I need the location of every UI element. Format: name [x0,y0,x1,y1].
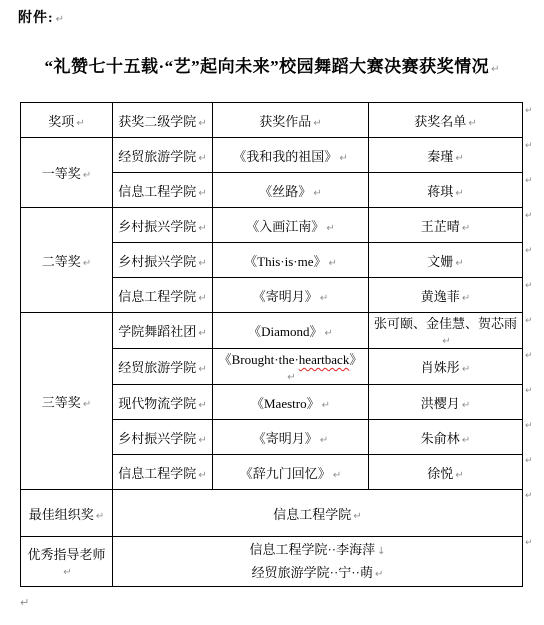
college-text: 信息工程学院 [118,289,196,304]
paragraph-mark: ↵ [455,470,463,481]
college-text: 信息工程学院 [118,184,196,199]
paragraph-mark: ↵ [83,170,91,181]
work-text: 《入画江南》 [246,219,324,234]
page-title: “礼赞七十五载·“艺”起向未来”校园舞蹈大赛决赛获奖情况↵ [0,52,544,77]
header-award: 奖项↵ [21,103,113,138]
work-text: 《Diamond》 [248,324,322,339]
award-label: 优秀指导老师 [27,547,105,562]
row-end-mark: ↵ [525,177,533,186]
work-text: 《寄明月》 [253,431,318,446]
paragraph-mark: ↵ [455,258,463,269]
work-cell: 《Maestro》↵ [213,385,369,420]
college-text: 乡村振兴学院 [118,254,196,269]
winner-cell: 洪樱月↵ [369,385,523,420]
paragraph-mark: ↵ [462,435,470,446]
paragraph-mark: ↵ [76,118,84,129]
teacher-line-text: 经贸旅游学院··宁··萌 [252,565,373,580]
college-cell: 信息工程学院↵ [113,278,213,313]
attachment-label: 附件:↵ [18,7,64,27]
row-end-mark: ↵ [525,457,533,466]
paragraph-mark: ↵ [462,400,470,411]
winner-text: 洪樱月 [421,396,460,411]
award-label: 一等奖 [42,166,81,181]
header-college: 获奖二级学院↵ [113,103,213,138]
row-end-mark: ↵ [525,142,533,151]
paragraph-mark: ↵ [339,153,347,164]
winner-cell: 文姗↵ [369,243,523,278]
award-label: 最佳组织奖 [29,507,94,522]
paragraph-mark: ↵ [83,258,91,269]
college-text: 信息工程学院 [118,466,196,481]
paragraph-mark: ↵ [56,14,64,25]
paragraph-mark: ↵ [287,372,295,383]
work-cell: 《寄明月》↵ [213,420,369,455]
header-work-text: 获奖作品 [259,114,311,129]
best-organization-text: 信息工程学院 [273,507,351,522]
best-teacher-row: 优秀指导老师↵ 信息工程学院··李海萍↓ 经贸旅游学院··宁··萌↵ [21,537,523,587]
winner-text: 张可颐、金佳慧、贺芯雨 [374,316,517,331]
paragraph-mark: ↵ [198,400,206,411]
paragraph-mark: ↵ [333,470,341,481]
college-text: 学院舞蹈社团 [118,324,196,339]
paragraph-mark: ↵ [313,118,321,129]
award-cell-second-prize: 二等奖↵ [21,208,113,313]
work-cell: 《我和我的祖国》↵ [213,138,369,173]
winner-cell: 黄逸菲↵ [369,278,523,313]
winner-text: 肖姝彤 [421,360,460,375]
row-end-mark: ↵ [525,107,533,116]
award-cell-first-prize: 一等奖↵ [21,138,113,208]
paragraph-mark: ↵ [491,64,499,75]
winner-cell: 肖姝彤↵ [369,349,523,385]
college-text: 乡村振兴学院 [118,219,196,234]
winner-cell: 徐悦↵ [369,455,523,490]
paragraph-mark: ↵ [455,153,463,164]
teacher-line: 经贸旅游学院··宁··萌↵ [115,562,520,585]
paragraph-mark: ↵ [198,223,206,234]
header-winners-text: 获奖名单 [414,114,466,129]
paragraph-mark: ↵ [198,118,206,129]
work-text: 《This·is·me》 [244,254,326,269]
row-end-mark: ↵ [525,317,533,326]
college-text: 现代物流学院 [118,396,196,411]
paragraph-mark: ↵ [322,400,330,411]
work-text: 《我和我的祖国》 [233,149,337,164]
row-end-mark: ↵ [525,422,533,431]
winner-text: 秦瑾 [427,149,453,164]
best-teacher-value-cell: 信息工程学院··李海萍↓ 经贸旅游学院··宁··萌↵ [113,537,523,587]
work-text-prefix: 《Brought·the· [219,352,299,367]
winner-text: 黄逸菲 [421,289,460,304]
paragraph-mark: ↵ [198,470,206,481]
paragraph-mark: ↵ [198,153,206,164]
work-cell: 《Brought·the·heartback》↵ [213,349,369,385]
college-cell: 现代物流学院↵ [113,385,213,420]
teacher-line: 信息工程学院··李海萍↓ [115,539,520,562]
paragraph-mark: ↵ [442,336,450,347]
row-end-mark: ↵ [525,212,533,221]
header-award-text: 奖项 [48,114,74,129]
college-cell: 乡村振兴学院↵ [113,208,213,243]
winner-cell: 朱俞林↵ [369,420,523,455]
header-work: 获奖作品↵ [213,103,369,138]
winner-text: 文姗 [427,254,453,269]
paragraph-mark: ↵ [20,596,29,609]
teacher-line-text: 信息工程学院··李海萍 [249,542,375,557]
work-cell: 《丝路》↵ [213,173,369,208]
winner-cell: 王芷晴↵ [369,208,523,243]
award-cell-best-organization: 最佳组织奖↵ [21,490,113,537]
paragraph-mark: ↵ [326,223,334,234]
paragraph-mark: ↵ [96,511,104,522]
winner-text: 蒋琪 [427,184,453,199]
work-cell: 《入画江南》↵ [213,208,369,243]
college-cell: 信息工程学院↵ [113,173,213,208]
best-organization-row: 最佳组织奖↵ 信息工程学院↵ [21,490,523,537]
paragraph-mark: ↵ [462,223,470,234]
paragraph-mark: ↵ [198,364,206,375]
work-cell: 《辞九门回忆》↵ [213,455,369,490]
table-row: 三等奖↵ 学院舞蹈社团↵ 《Diamond》↵ 张可颐、金佳慧、贺芯雨↵ [21,313,523,349]
award-label: 二等奖 [42,254,81,269]
page-title-text: “礼赞七十五载·“艺”起向未来”校园舞蹈大赛决赛获奖情况 [44,57,489,76]
header-winners: 获奖名单↵ [369,103,523,138]
work-text: 《寄明月》 [253,289,318,304]
header-college-text: 获奖二级学院 [118,114,196,129]
table-row: 二等奖↵ 乡村振兴学院↵ 《入画江南》↵ 王芷晴↵ [21,208,523,243]
row-end-mark: ↵ [525,539,533,548]
paragraph-mark: ↵ [468,118,476,129]
attachment-label-text: 附件: [18,11,54,26]
winner-cell: 张可颐、金佳慧、贺芯雨↵ [369,313,523,349]
college-cell: 经贸旅游学院↵ [113,138,213,173]
paragraph-mark: ↵ [83,399,91,410]
college-cell: 乡村振兴学院↵ [113,243,213,278]
work-text: 《Maestro》 [251,396,320,411]
award-cell-third-prize: 三等奖↵ [21,313,113,490]
paragraph-mark: ↵ [198,328,206,339]
paragraph-mark: ↵ [198,258,206,269]
best-organization-value-cell: 信息工程学院↵ [113,490,523,537]
paragraph-mark: ↵ [320,293,328,304]
award-results-table: 奖项↵ 获奖二级学院↵ 获奖作品↵ 获奖名单↵ 一等奖↵ 经贸旅游学院↵ 《我和… [20,102,523,587]
paragraph-mark: ↵ [63,567,71,578]
table-header-row: 奖项↵ 获奖二级学院↵ 获奖作品↵ 获奖名单↵ [21,103,523,138]
row-end-mark: ↵ [525,492,533,501]
award-cell-best-teacher: 优秀指导老师↵ [21,537,113,587]
paragraph-mark: ↵ [198,435,206,446]
paragraph-mark: ↵ [198,188,206,199]
paragraph-mark: ↵ [198,293,206,304]
work-cell: 《This·is·me》↵ [213,243,369,278]
paragraph-mark: ↵ [375,569,383,580]
row-end-mark: ↵ [525,352,533,361]
work-text: 《丝路》 [259,184,311,199]
linebreak-mark: ↓ [377,546,385,557]
work-cell: 《Diamond》↵ [213,313,369,349]
college-cell: 经贸旅游学院↵ [113,349,213,385]
paragraph-mark: ↵ [328,258,336,269]
paragraph-mark: ↵ [313,188,321,199]
college-cell: 学院舞蹈社团↵ [113,313,213,349]
award-label: 三等奖 [42,395,81,410]
winner-text: 王芷晴 [421,219,460,234]
paragraph-mark: ↵ [462,364,470,375]
work-text: 《辞九门回忆》 [240,466,331,481]
winner-text: 朱俞林 [421,431,460,446]
paragraph-mark: ↵ [353,511,361,522]
table-row: 一等奖↵ 经贸旅游学院↵ 《我和我的祖国》↵ 秦瑾↵ [21,138,523,173]
winner-cell: 秦瑾↵ [369,138,523,173]
college-text: 经贸旅游学院 [118,149,196,164]
winner-cell: 蒋琪↵ [369,173,523,208]
college-cell: 乡村振兴学院↵ [113,420,213,455]
work-text-misspelled: heartback [299,352,350,367]
row-end-mark: ↵ [525,247,533,256]
college-text: 经贸旅游学院 [118,360,196,375]
paragraph-mark: ↵ [455,188,463,199]
paragraph-mark: ↵ [325,328,333,339]
work-text-suffix: 》 [349,352,362,367]
winner-text: 徐悦 [427,466,453,481]
work-cell: 《寄明月》↵ [213,278,369,313]
paragraph-mark: ↵ [462,293,470,304]
paragraph-mark: ↵ [320,435,328,446]
college-text: 乡村振兴学院 [118,431,196,446]
college-cell: 信息工程学院↵ [113,455,213,490]
row-end-mark: ↵ [525,282,533,291]
row-end-mark: ↵ [525,387,533,396]
